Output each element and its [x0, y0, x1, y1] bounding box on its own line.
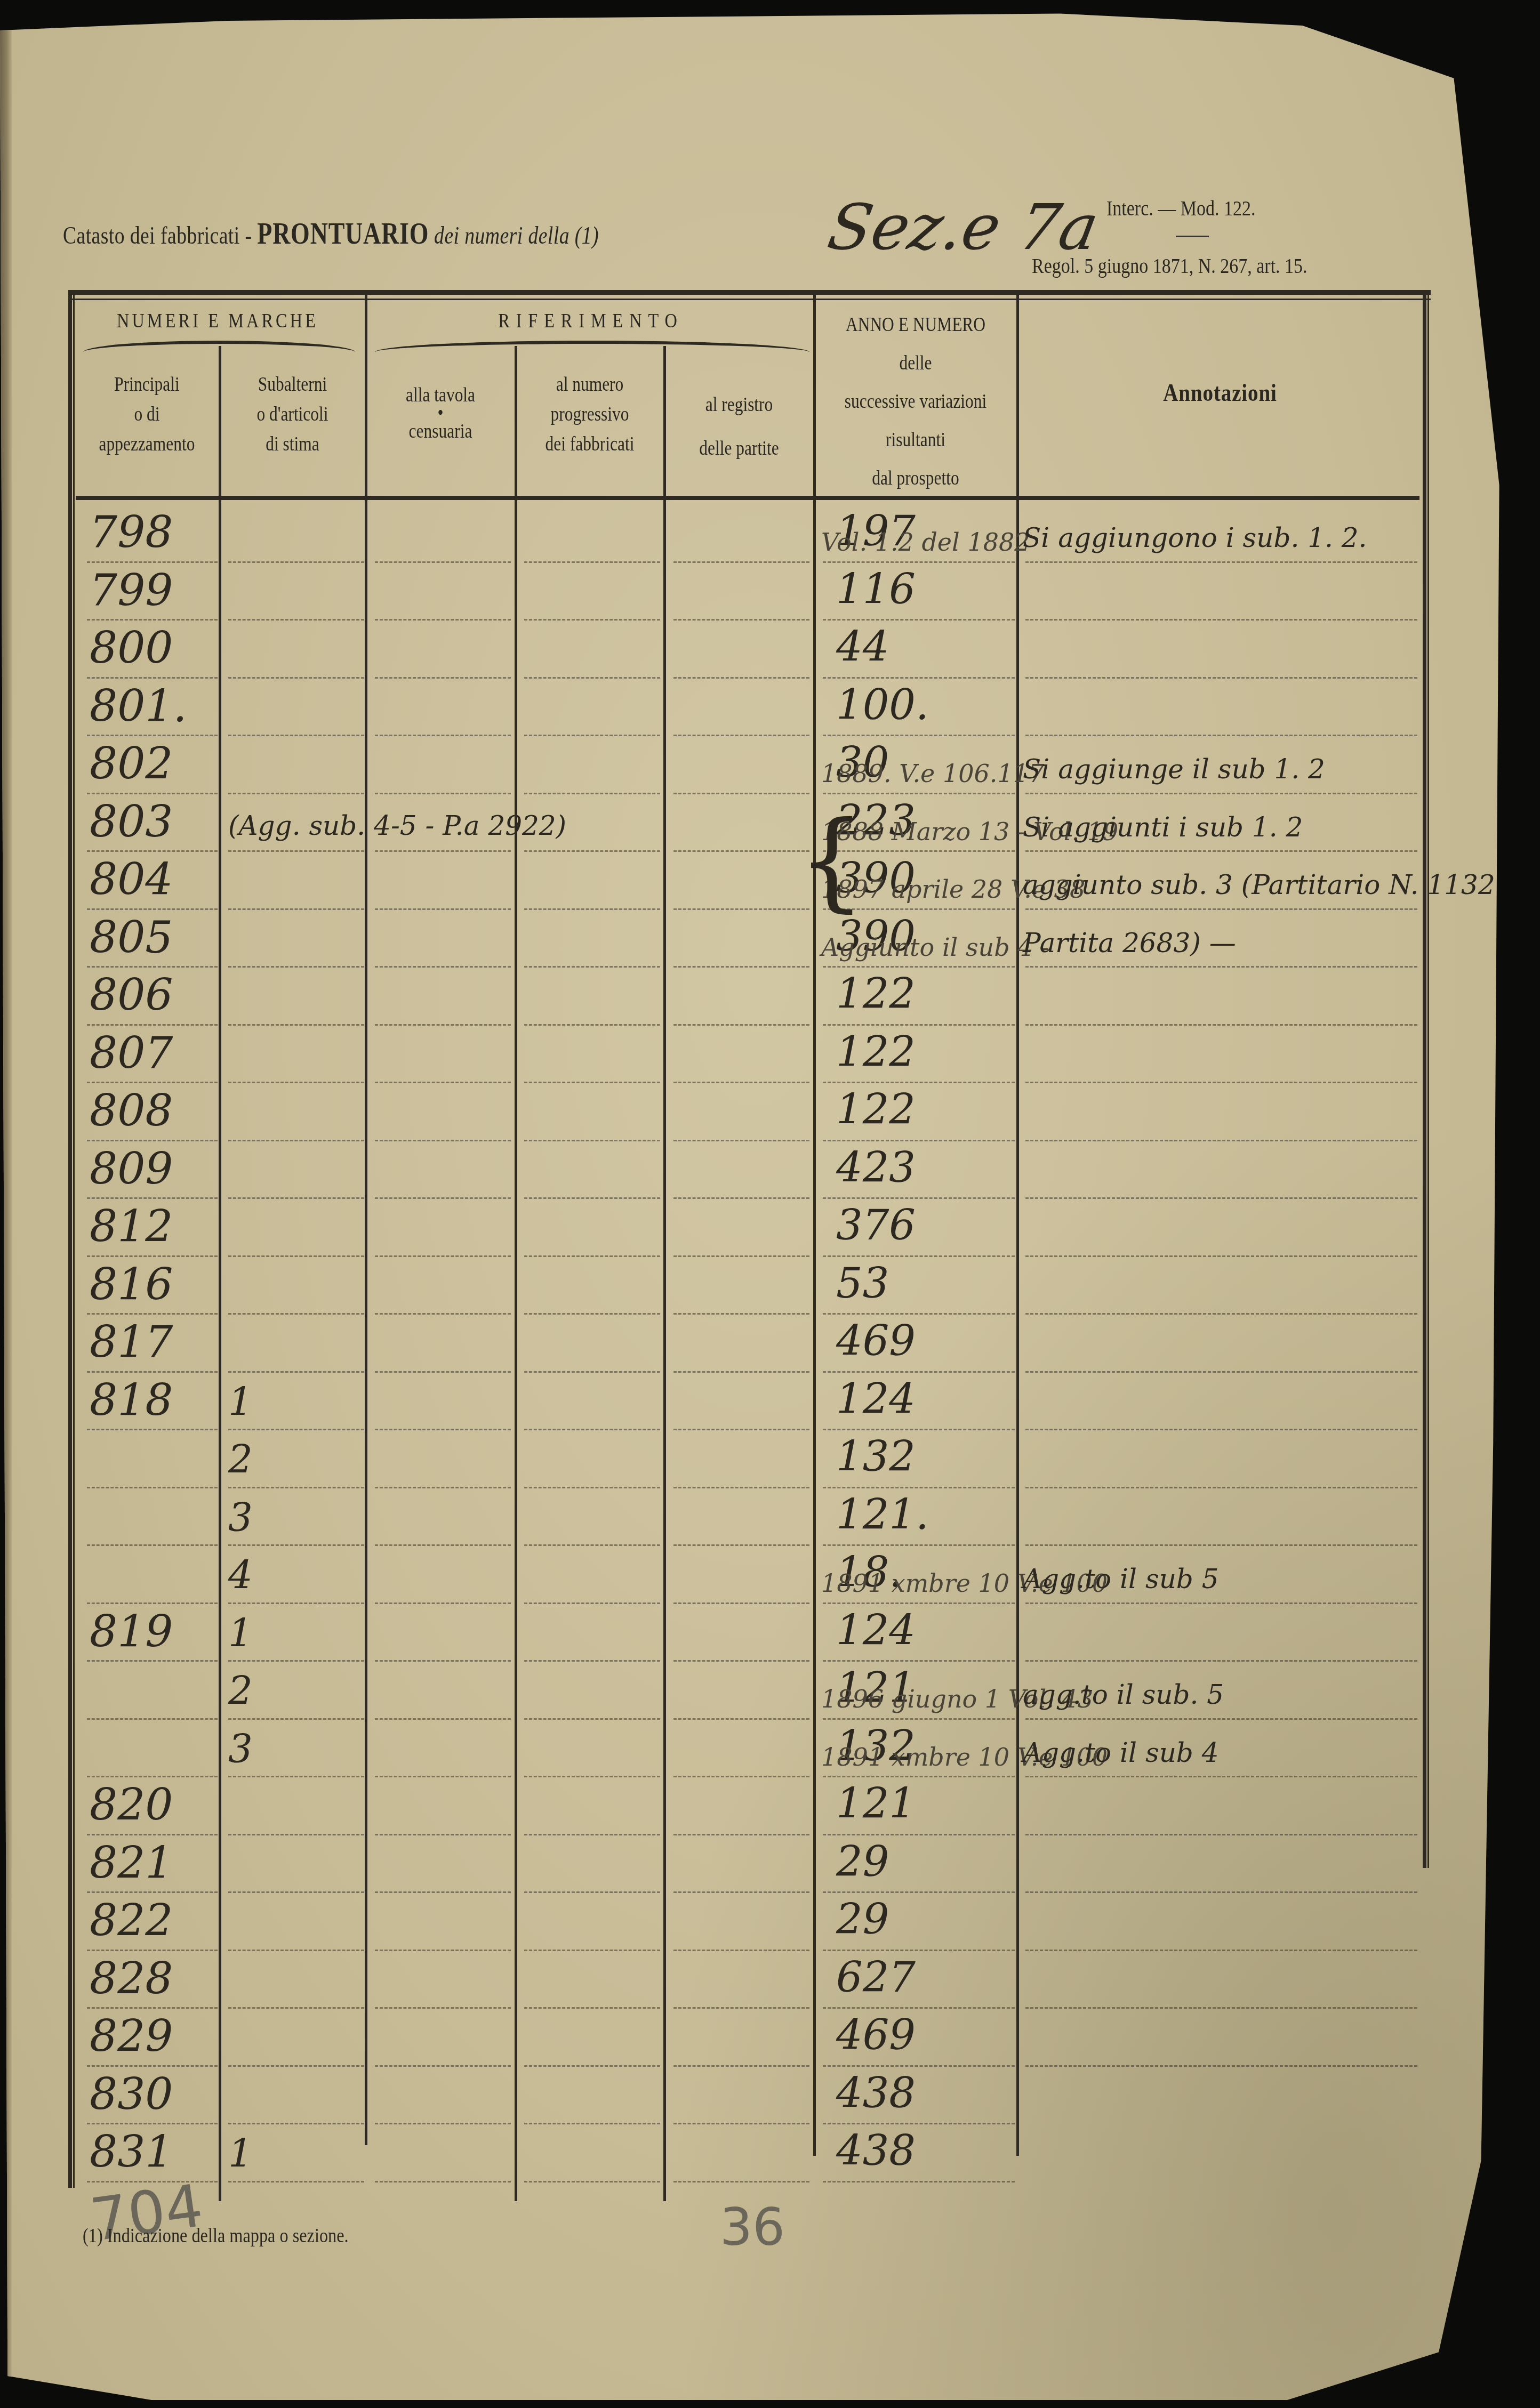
cell-anno: 1889. V.e 106.117: [821, 759, 1018, 788]
row-rule: [673, 1834, 809, 1835]
row-rule: [673, 2123, 809, 2124]
cell-registro: 423: [836, 1144, 1012, 1192]
col-divider-5: [813, 290, 816, 2156]
group-numeri-e-marche: NUMERI E MARCHE: [100, 306, 335, 336]
row-rule: [375, 1140, 511, 1141]
row-rule: [375, 908, 511, 910]
row-rule: [823, 677, 1015, 679]
row-rule: [375, 1255, 511, 1257]
cell-registro: 627: [836, 1954, 1012, 2002]
row-rule: [823, 1487, 1015, 1488]
row-rule: [524, 1255, 660, 1257]
row-rule: [228, 1891, 364, 1893]
row-rule: [673, 1718, 809, 1720]
page-binding-edge: [0, 6, 12, 2400]
row-rule: [1025, 1487, 1417, 1488]
row-rule: [524, 2181, 660, 2182]
cell-registro: 122: [836, 970, 1012, 1018]
cell-annotazioni: Partita 2683) —: [1023, 928, 1428, 959]
row-rule: [524, 677, 660, 679]
col-header-subalterni: Subalternio d'articolidi stima: [232, 370, 352, 460]
row-rule: [228, 1082, 364, 1083]
cell-annotazioni: Si aggiunti i sub 1. 2: [1023, 812, 1428, 843]
row-rule: [823, 1834, 1015, 1835]
row-rule: [823, 1429, 1015, 1430]
row-rule: [823, 1140, 1015, 1141]
row-rule: [87, 1950, 218, 1951]
col-divider-6: [1016, 290, 1019, 2156]
row-rule: [1025, 793, 1417, 794]
row-rule: [375, 1544, 511, 1546]
row-rule: [87, 677, 218, 679]
cell-registro: 100.: [836, 681, 1012, 729]
row-rule: [228, 2065, 364, 2067]
cell-anno: Vol. 1.2 del 1882: [821, 528, 1018, 557]
cell-subalterni: 4: [228, 1553, 362, 1598]
row-rule: [228, 1197, 364, 1199]
row-rule: [375, 561, 511, 563]
col-header-registro: al registrodelle partite: [677, 383, 800, 471]
cell-principali: 798: [90, 508, 218, 558]
row-rule: [228, 1024, 364, 1026]
cell-anno: 1891 xmbre 10 V.e 100: [821, 1743, 1018, 1771]
cell-principali: 799: [90, 566, 218, 616]
row-rule: [524, 1602, 660, 1604]
row-rule: [673, 2065, 809, 2067]
row-rule: [375, 677, 511, 679]
row-rule: [87, 908, 218, 910]
form-code-rule: [1176, 236, 1209, 237]
row-rule: [673, 1544, 809, 1546]
row-rule: [823, 2123, 1015, 2124]
row-rule: [673, 1429, 809, 1430]
row-rule: [375, 1487, 511, 1488]
row-rule: [87, 1197, 218, 1199]
row-rule: [823, 1776, 1015, 1777]
row-rule: [228, 966, 364, 968]
row-rule: [228, 2181, 364, 2182]
cell-anno: 1891 xmbre 10 V.e 100: [821, 1569, 1018, 1598]
row-rule: [87, 1544, 218, 1546]
row-rule: [1025, 1660, 1417, 1662]
cell-registro: 29: [836, 1838, 1012, 1886]
col-header-tavola: alla tavola•censuaria: [379, 381, 502, 447]
row-rule: [228, 735, 364, 736]
cell-principali: 803: [90, 797, 218, 848]
row-rule: [1025, 1776, 1417, 1777]
cell-annotazioni: Agg.to il sub 5: [1023, 1564, 1428, 1594]
row-rule: [673, 1602, 809, 1604]
row-rule: [87, 2007, 218, 2009]
row-rule: [87, 1024, 218, 1026]
cell-annotazioni: aggiunto sub. 3 (Partitario N. 1132: [1023, 869, 1428, 900]
row-rule: [228, 1718, 364, 1720]
row-rule: [524, 1487, 660, 1488]
row-rule: [87, 1776, 218, 1777]
row-rule: [524, 908, 660, 910]
row-rule: [1025, 735, 1417, 736]
col-divider-2: [365, 290, 367, 2145]
row-rule: [524, 1544, 660, 1546]
row-rule: [1025, 677, 1417, 679]
row-rule: [1025, 1197, 1417, 1199]
row-rule: [823, 2065, 1015, 2067]
row-rule: [375, 966, 511, 968]
header-bottom-rule: [76, 496, 1419, 500]
annotation-group-brace: {: [798, 808, 865, 914]
table-top-rule: [68, 290, 1431, 295]
cell-principali: 800: [90, 623, 218, 674]
row-rule: [228, 1371, 364, 1373]
row-rule: [228, 619, 364, 621]
row-rule: [673, 735, 809, 736]
cell-principali: 812: [90, 1202, 218, 1252]
row-rule: [524, 619, 660, 621]
row-rule: [375, 1950, 511, 1951]
row-rule: [524, 793, 660, 794]
row-rule: [87, 1834, 218, 1835]
row-rule: [375, 850, 511, 852]
document-title: Catasto dei fabbricati - PRONTUARIO dei …: [63, 217, 599, 251]
cell-principali: 830: [90, 2069, 218, 2120]
cell-anno: Aggiunto il sub 4 -: [821, 933, 1018, 962]
cell-registro: 53: [836, 1260, 1012, 1308]
row-rule: [524, 561, 660, 563]
row-rule: [228, 1255, 364, 1257]
title-suffix: dei numeri della (1): [434, 222, 599, 249]
row-rule: [1025, 1834, 1417, 1835]
cell-registro: 124: [836, 1607, 1012, 1655]
row-rule: [673, 1024, 809, 1026]
row-rule: [823, 735, 1015, 736]
row-rule: [524, 1371, 660, 1373]
cell-principali: 828: [90, 1954, 218, 2004]
row-rule: [87, 1140, 218, 1141]
row-rule: [375, 1197, 511, 1199]
row-rule: [87, 850, 218, 852]
row-rule: [228, 1950, 364, 1951]
cell-principali: 818: [90, 1375, 218, 1426]
row-rule: [823, 1544, 1015, 1546]
cell-principali: 804: [90, 855, 218, 905]
row-rule: [673, 793, 809, 794]
row-rule: [87, 1891, 218, 1893]
row-rule: [1025, 1082, 1417, 1083]
ledger-page: Catasto dei fabbricati - PRONTUARIO dei …: [0, 6, 1514, 2400]
row-rule: [228, 561, 364, 563]
row-rule: [673, 561, 809, 563]
row-rule: [823, 1197, 1015, 1199]
row-rule: [1025, 2065, 1417, 2067]
row-rule: [823, 1660, 1015, 1662]
row-rule: [673, 1891, 809, 1893]
row-rule: [375, 1776, 511, 1777]
row-rule: [228, 2123, 364, 2124]
row-rule: [375, 1429, 511, 1430]
table-left-border: [68, 290, 75, 2188]
row-rule: [1025, 1024, 1417, 1026]
row-rule: [228, 1313, 364, 1315]
row-rule: [228, 1429, 364, 1430]
cell-annotazioni: Agg.to il sub 4: [1023, 1737, 1428, 1768]
row-rule: [375, 1602, 511, 1604]
cell-subalterni: 2: [228, 1669, 362, 1713]
row-rule: [228, 793, 364, 794]
cell-registro: 121: [836, 1780, 1012, 1828]
ledger-table: NUMERI E MARCHE RIFERIMENTO Principalio …: [68, 290, 1431, 2185]
col-divider-3: [515, 346, 517, 2201]
row-rule: [1025, 1371, 1417, 1373]
row-rule: [228, 1487, 364, 1488]
col-divider-4: [663, 346, 666, 2201]
row-rule: [1025, 966, 1417, 968]
row-rule: [823, 2007, 1015, 2009]
cell-annotazioni: agg.to il sub. 5: [1023, 1679, 1428, 1710]
row-rule: [524, 1891, 660, 1893]
row-rule: [87, 735, 218, 736]
row-rule: [673, 1255, 809, 1257]
row-rule: [228, 2007, 364, 2009]
row-rule: [228, 1140, 364, 1141]
row-rule: [823, 1950, 1015, 1951]
row-rule: [228, 1544, 364, 1546]
row-rule: [87, 619, 218, 621]
row-rule: [1025, 1718, 1417, 1720]
regulation-ref: Regol. 5 giugno 1871, N. 267, art. 15.: [1032, 253, 1308, 278]
row-rule: [673, 850, 809, 852]
cell-registro: 438: [836, 2127, 1012, 2175]
cell-subalterni: 1: [228, 1611, 362, 1656]
row-rule: [375, 2123, 511, 2124]
cell-subalterni: 3: [228, 1495, 362, 1540]
col-header-anno: ANNO E NUMEROdellesuccessive variazionir…: [831, 306, 1000, 498]
row-rule: [375, 1024, 511, 1026]
cell-subalterni: 1: [228, 1380, 362, 1424]
cell-principali: 817: [90, 1317, 218, 1368]
row-rule: [524, 966, 660, 968]
row-rule: [87, 1313, 218, 1315]
footnote: (1) Indicazione della mappa o sezione.: [83, 2224, 349, 2248]
row-rule: [524, 1718, 660, 1720]
row-rule: [87, 1718, 218, 1720]
pencil-page-number: 36: [720, 2197, 785, 2257]
row-rule: [1025, 1950, 1417, 1951]
row-rule: [823, 793, 1015, 794]
cell-registro: 44: [836, 623, 1012, 671]
row-rule: [673, 1140, 809, 1141]
row-rule: [1025, 1313, 1417, 1315]
row-rule: [524, 1313, 660, 1315]
cell-principali: 822: [90, 1896, 218, 1946]
row-rule: [823, 966, 1015, 968]
row-rule: [375, 2007, 511, 2009]
row-rule: [823, 2181, 1015, 2182]
row-rule: [673, 966, 809, 968]
cell-principali: 831: [90, 2127, 218, 2178]
row-rule: [673, 2007, 809, 2009]
cell-subalterni: (Agg. sub. 4-5 - P.a 2922): [228, 810, 708, 841]
row-rule: [524, 1776, 660, 1777]
row-rule: [524, 2065, 660, 2067]
cell-principali: 805: [90, 913, 218, 963]
row-rule: [673, 1950, 809, 1951]
row-rule: [524, 735, 660, 736]
row-rule: [524, 2123, 660, 2124]
brace-riferimento: [375, 341, 809, 355]
row-rule: [375, 1313, 511, 1315]
row-rule: [228, 1602, 364, 1604]
row-rule: [1025, 850, 1417, 852]
row-rule: [1025, 561, 1417, 563]
row-rule: [673, 1313, 809, 1315]
row-rule: [524, 2007, 660, 2009]
row-rule: [87, 1255, 218, 1257]
form-code: Interc. — Mod. 122.: [1106, 196, 1256, 221]
cell-principali: 821: [90, 1838, 218, 1889]
title-prefix: Catasto dei fabbricati -: [63, 222, 252, 249]
row-rule: [673, 2181, 809, 2182]
row-rule: [1025, 1602, 1417, 1604]
row-rule: [673, 1487, 809, 1488]
row-rule: [87, 1602, 218, 1604]
row-rule: [673, 1197, 809, 1199]
row-rule: [375, 1371, 511, 1373]
row-rule: [87, 966, 218, 968]
brace-numeri: [83, 341, 355, 355]
row-rule: [1025, 1255, 1417, 1257]
row-rule: [1025, 619, 1417, 621]
row-rule: [375, 1660, 511, 1662]
cell-principali: 806: [90, 970, 218, 1021]
row-rule: [228, 1834, 364, 1835]
row-rule: [375, 1891, 511, 1893]
row-rule: [375, 2065, 511, 2067]
row-rule: [524, 1140, 660, 1141]
cell-principali: 808: [90, 1086, 218, 1137]
row-rule: [228, 850, 364, 852]
row-rule: [87, 2065, 218, 2067]
cell-principali: 809: [90, 1144, 218, 1195]
row-rule: [375, 619, 511, 621]
row-rule: [228, 677, 364, 679]
col-divider-1: [219, 346, 221, 2201]
cell-registro: 122: [836, 1086, 1012, 1134]
row-rule: [87, 561, 218, 563]
row-rule: [1025, 1544, 1417, 1546]
row-rule: [673, 1082, 809, 1083]
cell-registro: 121.: [836, 1491, 1012, 1539]
row-rule: [375, 1834, 511, 1835]
row-rule: [673, 677, 809, 679]
row-rule: [524, 1660, 660, 1662]
row-rule: [673, 908, 809, 910]
row-rule: [673, 1371, 809, 1373]
cell-principali: 802: [90, 739, 218, 790]
cell-registro: 438: [836, 2069, 1012, 2117]
row-rule: [228, 908, 364, 910]
row-rule: [228, 1660, 364, 1662]
cell-principali: 807: [90, 1028, 218, 1079]
cell-registro: 376: [836, 1202, 1012, 1250]
row-rule: [87, 1082, 218, 1083]
row-rule: [375, 1082, 511, 1083]
row-rule: [673, 1776, 809, 1777]
col-header-principali: Principalio diappezzamento: [87, 370, 207, 460]
row-rule: [823, 1255, 1015, 1257]
row-rule: [87, 1487, 218, 1488]
cell-registro: 124: [836, 1375, 1012, 1423]
row-rule: [87, 793, 218, 794]
row-rule: [524, 1950, 660, 1951]
group-riferimento: RIFERIMENTO: [407, 306, 775, 336]
cell-registro: 469: [836, 1317, 1012, 1365]
row-rule: [524, 1024, 660, 1026]
row-rule: [375, 793, 511, 794]
row-rule: [87, 1371, 218, 1373]
cell-registro: 116: [836, 566, 1012, 614]
row-rule: [524, 1082, 660, 1083]
row-rule: [823, 1024, 1015, 1026]
table-top-rule-thin: [68, 299, 1431, 300]
cell-annotazioni: Si aggiunge il sub 1. 2: [1023, 754, 1428, 785]
row-rule: [673, 619, 809, 621]
row-rule: [1025, 1140, 1417, 1141]
cell-anno: 1896 giugno 1 Vol. 43: [821, 1685, 1018, 1713]
row-rule: [87, 1429, 218, 1430]
row-rule: [375, 1718, 511, 1720]
cell-subalterni: 2: [228, 1437, 362, 1482]
row-rule: [375, 2181, 511, 2182]
cell-principali: 819: [90, 1607, 218, 1657]
cell-principali: 816: [90, 1260, 218, 1310]
row-rule: [823, 619, 1015, 621]
cell-registro: 132: [836, 1433, 1012, 1481]
cell-registro: 469: [836, 2011, 1012, 2059]
col-header-progressivo: al numeroprogressivodei fabbricati: [528, 370, 651, 460]
row-rule: [823, 1313, 1015, 1315]
row-rule: [823, 1602, 1015, 1604]
row-rule: [1025, 2007, 1417, 2009]
row-rule: [87, 2123, 218, 2124]
row-rule: [823, 1082, 1015, 1083]
row-rule: [1025, 908, 1417, 910]
row-rule: [524, 850, 660, 852]
cell-subalterni: 3: [228, 1727, 362, 1771]
row-rule: [524, 1834, 660, 1835]
row-rule: [673, 1660, 809, 1662]
cell-registro: 122: [836, 1028, 1012, 1076]
cell-annotazioni: Si aggiungono i sub. 1. 2.: [1023, 522, 1428, 553]
cell-subalterni: 1: [228, 2131, 362, 2176]
row-rule: [87, 1660, 218, 1662]
col-header-annotazioni: Annotazioni: [1050, 378, 1390, 408]
cell-registro: 29: [836, 1896, 1012, 1944]
row-rule: [375, 735, 511, 736]
row-rule: [1025, 1429, 1417, 1430]
row-rule: [823, 1371, 1015, 1373]
row-rule: [524, 1197, 660, 1199]
row-rule: [823, 1718, 1015, 1720]
cell-principali: 829: [90, 2011, 218, 2062]
row-rule: [823, 561, 1015, 563]
title-main: PRONTUARIO: [257, 218, 429, 251]
cell-principali: 820: [90, 1780, 218, 1831]
row-rule: [1025, 1891, 1417, 1893]
row-rule: [823, 1891, 1015, 1893]
cell-principali: 801.: [90, 681, 218, 732]
row-rule: [228, 1776, 364, 1777]
row-rule: [524, 1429, 660, 1430]
